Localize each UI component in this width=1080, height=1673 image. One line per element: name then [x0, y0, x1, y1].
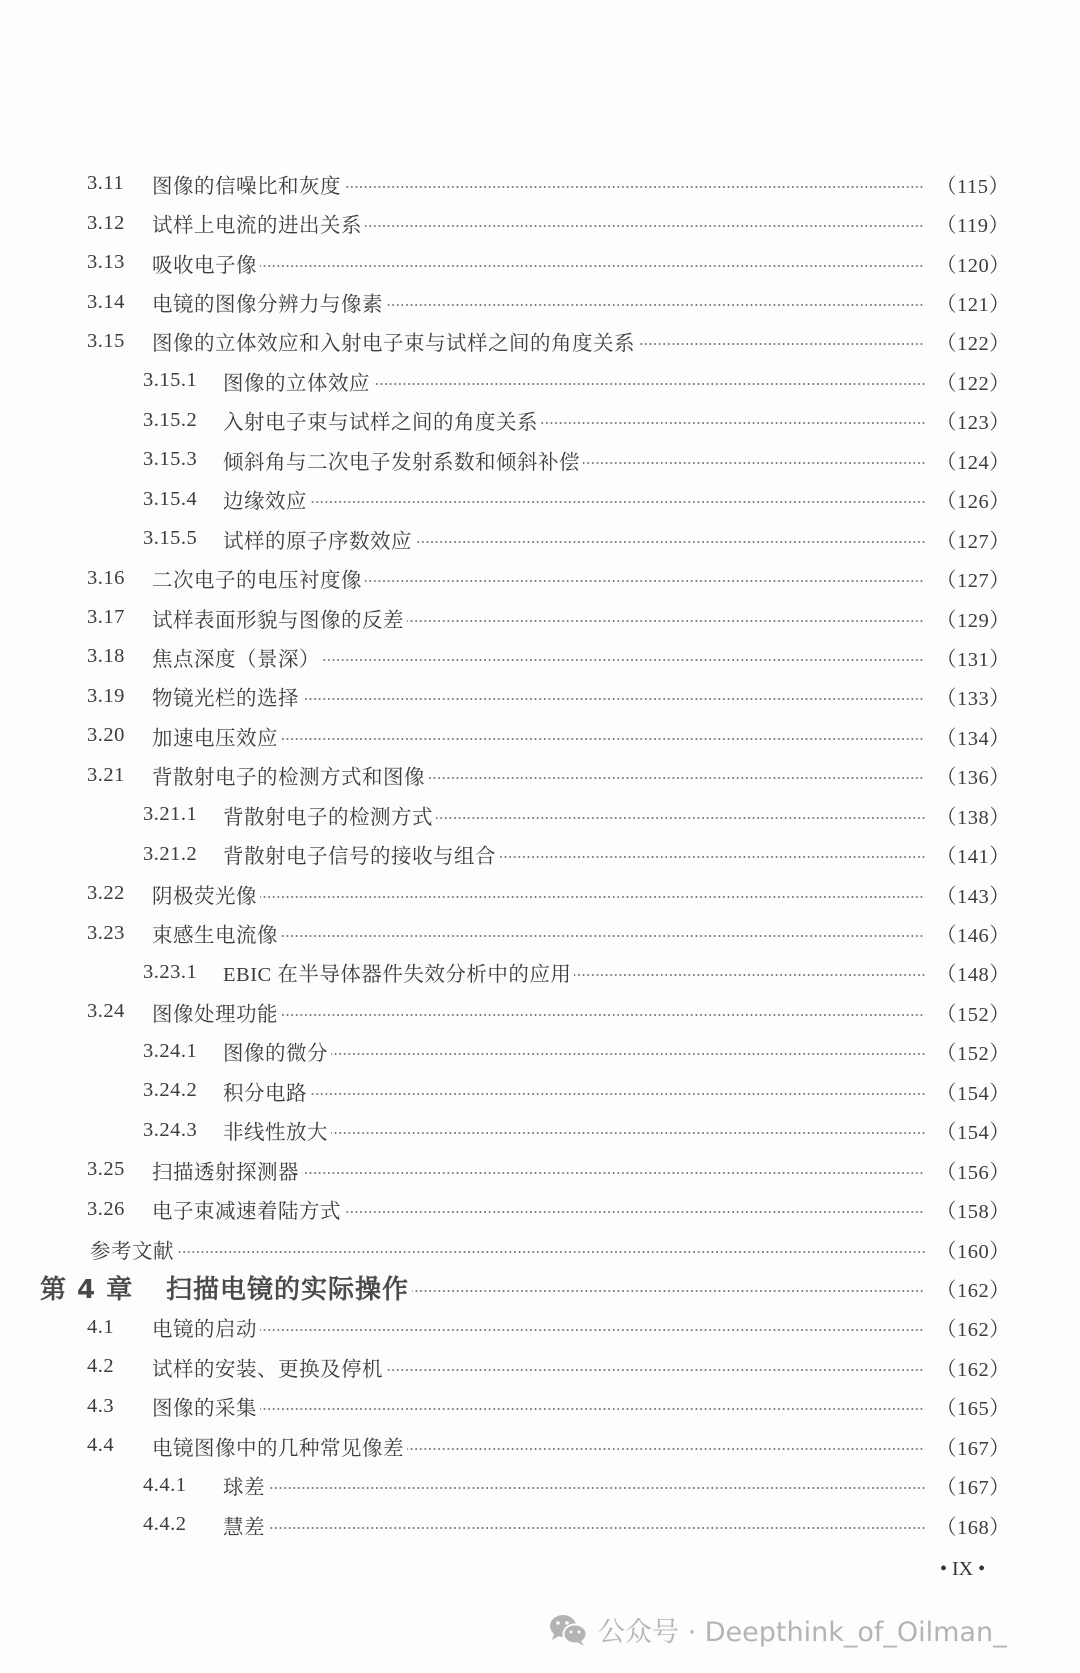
page-number: （152） — [936, 1036, 1010, 1066]
page-number: （162） — [936, 1273, 1010, 1303]
section-title: 入射电子束与试样之间的角度关系 — [223, 405, 541, 435]
page-number: （127） — [936, 524, 1010, 554]
page-folio: • IX • — [940, 1558, 985, 1581]
toc-chapter-heading[interactable]: 第 4 章扫描电镜的实际操作（162） — [0, 1268, 1080, 1307]
section-title: 电镜的图像分辨力与像素 — [152, 287, 386, 317]
toc-entry[interactable]: 4.2试样的安装、更换及停机（162） — [0, 1347, 1080, 1386]
section-title: 图像的微分 — [223, 1036, 331, 1066]
section-number: 3.26 — [87, 1198, 125, 1221]
toc-entry[interactable]: 3.24.2积分电路（154） — [0, 1071, 1080, 1110]
section-title: 慧差 — [223, 1510, 268, 1540]
table-of-contents: 3.11图像的信噪比和灰度（115） 3.12试样上电流的进出关系（119） 3… — [0, 164, 1080, 1544]
page-number: （143） — [936, 879, 1010, 909]
section-number: 4.4.2 — [143, 1513, 187, 1536]
toc-entry[interactable]: 4.4.2慧差（168） — [0, 1505, 1080, 1544]
page-number: （165） — [936, 1391, 1010, 1421]
toc-entry[interactable]: 3.15图像的立体效应和入射电子束与试样之间的角度关系（122） — [0, 322, 1080, 361]
section-title: 试样的安装、更换及停机 — [152, 1352, 386, 1382]
toc-entry-references[interactable]: 参考文献（160） — [0, 1229, 1080, 1268]
dot-leader — [152, 1329, 925, 1331]
section-number: 4.1 — [87, 1316, 114, 1339]
page-number: （162） — [936, 1312, 1010, 1342]
section-number: 3.19 — [87, 685, 125, 708]
section-number: 3.21.2 — [143, 843, 197, 866]
section-number: 3.24.3 — [143, 1119, 197, 1142]
section-number: 3.24.2 — [143, 1079, 197, 1102]
toc-entry[interactable]: 3.25扫描透射探测器（156） — [0, 1150, 1080, 1189]
watermark-text: 公众号 · Deepthink_of_Oilman_ — [598, 1610, 1007, 1649]
toc-entry[interactable]: 3.22阴极荧光像（143） — [0, 874, 1080, 913]
page-number: （168） — [936, 1510, 1010, 1540]
page-number: （162） — [936, 1352, 1010, 1382]
section-number: 4.2 — [87, 1355, 114, 1378]
section-title: 非线性放大 — [223, 1115, 331, 1145]
toc-entry[interactable]: 3.14电镜的图像分辨力与像素（121） — [0, 282, 1080, 321]
section-title: 试样表面形貌与图像的反差 — [152, 603, 407, 633]
section-number: 3.24.1 — [143, 1040, 197, 1063]
toc-entry[interactable]: 3.15.4边缘效应（126） — [0, 480, 1080, 519]
page-number: （123） — [936, 405, 1010, 435]
section-title: 阴极荧光像 — [152, 879, 260, 909]
toc-entry[interactable]: 4.4电镜图像中的几种常见像差（167） — [0, 1426, 1080, 1465]
section-title: 图像的信噪比和灰度 — [152, 169, 344, 199]
toc-entry[interactable]: 4.1电镜的启动（162） — [0, 1308, 1080, 1347]
section-title: 焦点深度（景深） — [152, 642, 323, 672]
dot-leader — [223, 1093, 925, 1095]
watermark: 公众号 · Deepthink_of_Oilman_ — [548, 1610, 1007, 1649]
page-number: （124） — [936, 445, 1010, 475]
page-number: （158） — [936, 1194, 1010, 1224]
toc-entry[interactable]: 3.23.1EBIC 在半导体器件失效分析中的应用（148） — [0, 953, 1080, 992]
wechat-icon — [548, 1613, 588, 1647]
section-number: 4.4.1 — [143, 1474, 187, 1497]
section-number: 3.23.1 — [143, 961, 197, 984]
section-number: 3.25 — [87, 1158, 125, 1181]
section-title: 物镜光栏的选择 — [152, 681, 302, 711]
chapter-number: 第 4 章 — [40, 1269, 133, 1306]
page-number: （148） — [936, 957, 1010, 987]
section-title: 扫描透射探测器 — [152, 1155, 302, 1185]
section-number: 3.24 — [87, 1000, 125, 1023]
section-number: 3.15 — [87, 330, 125, 353]
dot-leader — [223, 501, 925, 503]
toc-entry[interactable]: 3.17试样表面形貌与图像的反差（129） — [0, 598, 1080, 637]
section-title: 背散射电子信号的接收与组合 — [223, 839, 499, 869]
toc-entry[interactable]: 3.21.2背散射电子信号的接收与组合（141） — [0, 834, 1080, 873]
section-number: 3.15.1 — [143, 369, 197, 392]
section-title: 倾斜角与二次电子发射系数和倾斜补偿 — [223, 445, 583, 475]
page-number: （141） — [936, 839, 1010, 869]
toc-entry[interactable]: 3.26电子束减速着陆方式（158） — [0, 1189, 1080, 1228]
section-number: 3.23 — [87, 922, 125, 945]
page-number: （122） — [936, 366, 1010, 396]
section-title: 加速电压效应 — [152, 721, 281, 751]
toc-entry[interactable]: 3.15.5试样的原子序数效应（127） — [0, 519, 1080, 558]
section-title: 图像处理功能 — [152, 997, 281, 1027]
page-number: （154） — [936, 1076, 1010, 1106]
section-title: 电镜图像中的几种常见像差 — [152, 1431, 407, 1461]
section-number: 3.21 — [87, 764, 125, 787]
section-number: 3.15.2 — [143, 409, 197, 432]
page-number: （120） — [936, 248, 1010, 278]
dot-leader — [223, 1487, 925, 1489]
dot-leader — [152, 1408, 925, 1410]
section-title: 背散射电子的检测方式和图像 — [152, 760, 428, 790]
toc-entry[interactable]: 3.21.1背散射电子的检测方式（138） — [0, 795, 1080, 834]
page-number: （129） — [936, 603, 1010, 633]
section-title: 图像的立体效应 — [223, 366, 373, 396]
page-number: （136） — [936, 760, 1010, 790]
section-title: 电子束减速着陆方式 — [152, 1194, 344, 1224]
section-number: 3.18 — [87, 645, 125, 668]
page-number: （126） — [936, 484, 1010, 514]
toc-entry[interactable]: 3.12试样上电流的进出关系（119） — [0, 203, 1080, 242]
page-number: （167） — [936, 1470, 1010, 1500]
page-number: （131） — [936, 642, 1010, 672]
section-title: 束感生电流像 — [152, 918, 281, 948]
toc-entry[interactable]: 4.3图像的采集（165） — [0, 1387, 1080, 1426]
section-title: 二次电子的电压衬度像 — [152, 563, 365, 593]
page-number: （167） — [936, 1431, 1010, 1461]
section-title: 图像的采集 — [152, 1391, 260, 1421]
section-number: 4.4 — [87, 1434, 114, 1457]
toc-entry[interactable]: 3.13吸收电子像（120） — [0, 243, 1080, 282]
dot-leader — [223, 1527, 925, 1529]
toc-entry[interactable]: 3.24.1图像的微分（152） — [0, 1032, 1080, 1071]
section-title: 图像的立体效应和入射电子束与试样之间的角度关系 — [152, 326, 638, 356]
section-title: 吸收电子像 — [152, 248, 260, 278]
section-title: 试样的原子序数效应 — [223, 524, 415, 554]
page-number: （134） — [936, 721, 1010, 751]
toc-entry[interactable]: 3.15.1图像的立体效应（122） — [0, 361, 1080, 400]
section-title: 积分电路 — [223, 1076, 310, 1106]
page-number: （138） — [936, 800, 1010, 830]
section-number: 3.20 — [87, 724, 125, 747]
page-number: （156） — [936, 1155, 1010, 1185]
section-number: 3.17 — [87, 606, 125, 629]
page-number: （146） — [936, 918, 1010, 948]
page-number: （154） — [936, 1115, 1010, 1145]
section-number: 4.3 — [87, 1395, 114, 1418]
toc-entry[interactable]: 3.20加速电压效应（134） — [0, 716, 1080, 755]
page-number: （121） — [936, 287, 1010, 317]
section-number: 3.15.3 — [143, 448, 197, 471]
chapter-title: 扫描电镜的实际操作 — [166, 1269, 412, 1306]
section-number: 3.16 — [87, 567, 125, 590]
toc-entry[interactable]: 3.15.2入射电子束与试样之间的角度关系（123） — [0, 401, 1080, 440]
section-number: 3.21.1 — [143, 803, 197, 826]
section-title: 电镜的启动 — [152, 1312, 260, 1342]
section-title: EBIC 在半导体器件失效分析中的应用 — [223, 957, 574, 987]
page-number: （127） — [936, 563, 1010, 593]
toc-entry[interactable]: 4.4.1球差（167） — [0, 1465, 1080, 1504]
toc-entry[interactable]: 3.15.3倾斜角与二次电子发射系数和倾斜补偿（124） — [0, 440, 1080, 479]
section-number: 3.11 — [87, 172, 124, 195]
dot-leader — [152, 265, 925, 267]
section-number: 3.22 — [87, 882, 125, 905]
section-number: 3.15.5 — [143, 527, 197, 550]
section-title: 边缘效应 — [223, 484, 310, 514]
toc-entry[interactable]: 3.21背散射电子的检测方式和图像（136） — [0, 756, 1080, 795]
dot-leader — [90, 1251, 925, 1253]
toc-entry[interactable]: 3.23束感生电流像（146） — [0, 913, 1080, 952]
toc-entry[interactable]: 3.11图像的信噪比和灰度（115） — [0, 164, 1080, 203]
section-title: 参考文献 — [90, 1234, 177, 1264]
page-number: （160） — [936, 1234, 1010, 1264]
toc-entry[interactable]: 3.16二次电子的电压衬度像（127） — [0, 558, 1080, 597]
section-number: 3.15.4 — [143, 488, 197, 511]
toc-entry[interactable]: 3.24.3非线性放大（154） — [0, 1111, 1080, 1150]
section-number: 3.12 — [87, 212, 125, 235]
section-title: 背散射电子的检测方式 — [223, 800, 436, 830]
page-number: （115） — [936, 169, 1010, 199]
section-title: 球差 — [223, 1470, 268, 1500]
page-number: （122） — [936, 326, 1010, 356]
dot-leader — [152, 896, 925, 898]
section-title: 试样上电流的进出关系 — [152, 208, 365, 238]
section-number: 3.14 — [87, 291, 125, 314]
book-page: 3.11图像的信噪比和灰度（115） 3.12试样上电流的进出关系（119） 3… — [0, 0, 1080, 1673]
page-number: （152） — [936, 997, 1010, 1027]
toc-entry[interactable]: 3.19物镜光栏的选择（133） — [0, 677, 1080, 716]
toc-entry[interactable]: 3.24图像处理功能（152） — [0, 992, 1080, 1031]
section-number: 3.13 — [87, 251, 125, 274]
page-number: （119） — [936, 208, 1010, 238]
toc-entry[interactable]: 3.18焦点深度（景深）（131） — [0, 637, 1080, 676]
page-number: （133） — [936, 681, 1010, 711]
